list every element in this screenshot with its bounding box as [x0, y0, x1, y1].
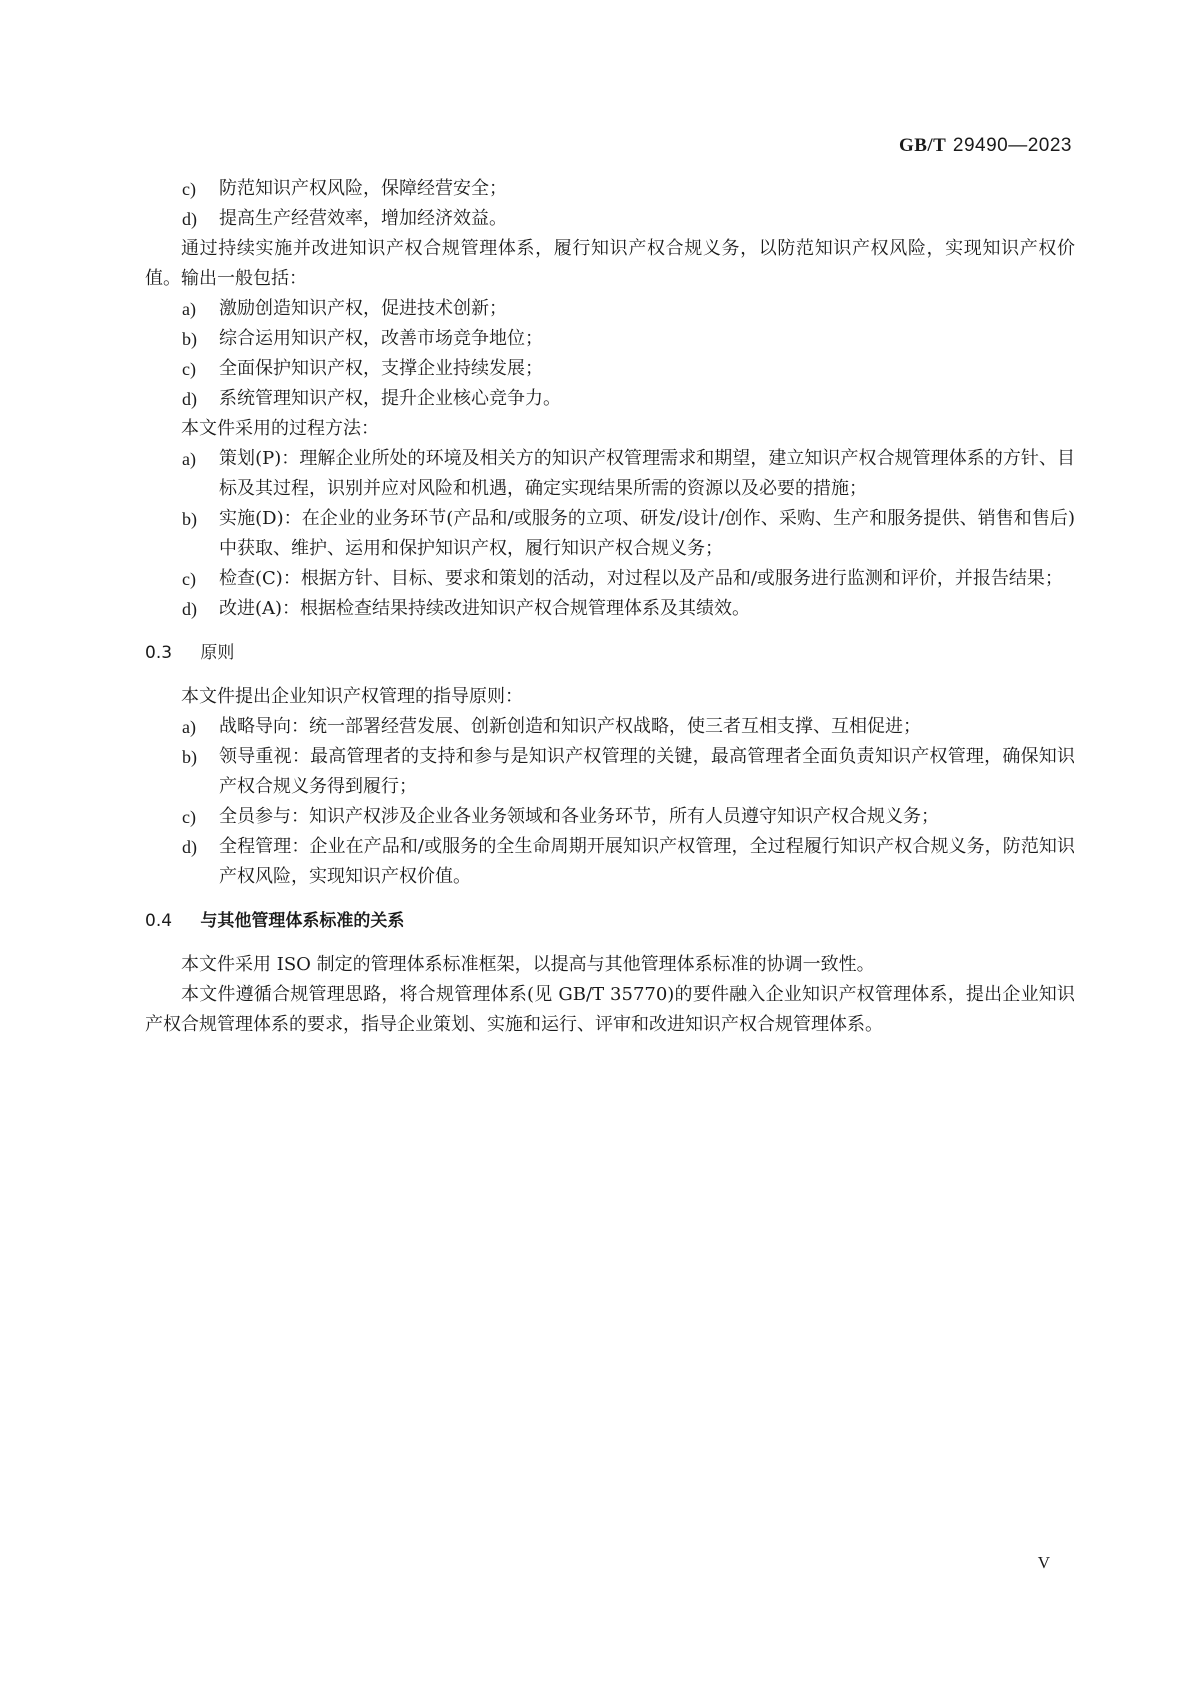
list-marker: a): [182, 294, 219, 324]
list-item: a) 战略导向：统一部署经营发展、创新创造和知识产权战略，使三者互相支撑、互相促…: [182, 712, 1075, 742]
list-item: b) 实施(D)：在企业的业务环节(产品和/或服务的立项、研发/设计/创作、采购…: [182, 504, 1075, 564]
page-number: V: [1038, 1553, 1050, 1573]
list-text: 系统管理知识产权，提升企业核心竞争力。: [219, 384, 1075, 414]
list-marker: d): [182, 832, 219, 892]
list-text: 全面保护知识产权，支撑企业持续发展；: [219, 354, 1075, 384]
paragraph: 本文件遵循合规管理思路，将合规管理体系(见 GB/T 35770)的要件融入企业…: [145, 980, 1075, 1040]
paragraph-outputs: 通过持续实施并改进知识产权合规管理体系，履行知识产权合规义务，以防范知识产权风险…: [145, 234, 1075, 294]
section-title: 原则: [200, 643, 234, 663]
list-text: 改进(A)：根据检查结果持续改进知识产权合规管理体系及其绩效。: [219, 594, 1075, 624]
list-item: c) 检查(C)：根据方针、目标、要求和策划的活动，对过程以及产品和/或服务进行…: [182, 564, 1075, 594]
list-item: c) 全员参与：知识产权涉及企业各业务领域和各业务环节，所有人员遵守知识产权合规…: [182, 802, 1075, 832]
section-heading-0-4: 0.4 与其他管理体系标准的关系: [145, 906, 1075, 936]
section-title: 与其他管理体系标准的关系: [200, 911, 404, 931]
list-text: 策划(P)：理解企业所处的环境及相关方的知识产权管理需求和期望，建立知识产权合规…: [219, 444, 1075, 504]
paragraph: 本文件采用 ISO 制定的管理体系标准框架，以提高与其他管理体系标准的协调一致性…: [145, 950, 1075, 980]
list-marker: b): [182, 324, 219, 354]
list-item: a) 策划(P)：理解企业所处的环境及相关方的知识产权管理需求和期望，建立知识产…: [182, 444, 1075, 504]
section-number: 0.3: [145, 638, 195, 668]
list-marker: c): [182, 174, 219, 204]
list-item: d) 全程管理：企业在产品和/或服务的全生命周期开展知识产权管理，全过程履行知识…: [182, 832, 1075, 892]
list-text: 领导重视：最高管理者的支持和参与是知识产权管理的关键，最高管理者全面负责知识产权…: [219, 742, 1075, 802]
list-marker: d): [182, 204, 219, 234]
page-body: c) 防范知识产权风险，保障经营安全； d) 提高生产经营效率，增加经济效益。 …: [145, 174, 1075, 1040]
list-marker: c): [182, 802, 219, 832]
list-text: 实施(D)：在企业的业务环节(产品和/或服务的立项、研发/设计/创作、采购、生产…: [219, 504, 1075, 564]
section-number: 0.4: [145, 906, 195, 936]
list-item: c) 防范知识产权风险，保障经营安全；: [182, 174, 1075, 204]
list-item: b) 综合运用知识产权，改善市场竞争地位；: [182, 324, 1075, 354]
list-text: 检查(C)：根据方针、目标、要求和策划的活动，对过程以及产品和/或服务进行监测和…: [219, 564, 1075, 594]
list-marker: b): [182, 504, 219, 564]
list-text: 防范知识产权风险，保障经营安全；: [219, 174, 1075, 204]
standard-prefix: GB/T: [899, 135, 946, 156]
list-marker: d): [182, 594, 219, 624]
list-marker: a): [182, 712, 219, 742]
list-marker: d): [182, 384, 219, 414]
paragraph-process: 本文件采用的过程方法：: [145, 414, 1075, 444]
section-heading-0-3: 0.3 原则: [145, 638, 1075, 668]
standard-number: 29490—2023: [953, 135, 1072, 156]
list-text: 全程管理：企业在产品和/或服务的全生命周期开展知识产权管理，全过程履行知识产权合…: [219, 832, 1075, 892]
list-item: b) 领导重视：最高管理者的支持和参与是知识产权管理的关键，最高管理者全面负责知…: [182, 742, 1075, 802]
list-item: c) 全面保护知识产权，支撑企业持续发展；: [182, 354, 1075, 384]
list-text: 全员参与：知识产权涉及企业各业务领域和各业务环节，所有人员遵守知识产权合规义务；: [219, 802, 1075, 832]
list-marker: c): [182, 354, 219, 384]
list-text: 战略导向：统一部署经营发展、创新创造和知识产权战略，使三者互相支撑、互相促进；: [219, 712, 1075, 742]
list-text: 综合运用知识产权，改善市场竞争地位；: [219, 324, 1075, 354]
list-marker: c): [182, 564, 219, 594]
list-text: 提高生产经营效率，增加经济效益。: [219, 204, 1075, 234]
list-item: d) 提高生产经营效率，增加经济效益。: [182, 204, 1075, 234]
list-marker: b): [182, 742, 219, 802]
list-text: 激励创造知识产权，促进技术创新；: [219, 294, 1075, 324]
list-marker: a): [182, 444, 219, 504]
list-item: d) 系统管理知识产权，提升企业核心竞争力。: [182, 384, 1075, 414]
list-item: d) 改进(A)：根据检查结果持续改进知识产权合规管理体系及其绩效。: [182, 594, 1075, 624]
standard-code: GB/T 29490—2023: [899, 134, 1072, 157]
list-item: a) 激励创造知识产权，促进技术创新；: [182, 294, 1075, 324]
paragraph-principles-intro: 本文件提出企业知识产权管理的指导原则：: [145, 682, 1075, 712]
